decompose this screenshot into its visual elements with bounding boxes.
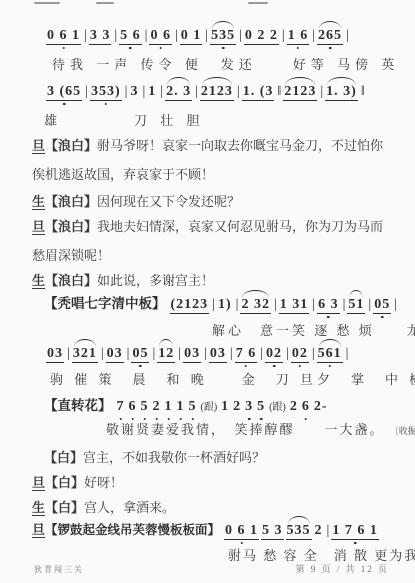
note-group: 1) [217,296,233,313]
dialogue-text: 宫人，拿酒来。 [84,500,175,515]
note-group: 561 [317,345,343,363]
note-group: 5 [256,398,266,415]
note-group: 1 7 6 1 [331,522,379,540]
note-group: 5 [140,398,150,415]
dialogue-sheng-langbai-2: 生【浪白】如此说，多谢宫主！ [32,266,390,295]
note-group: 265 [317,27,343,45]
note-group: 03 [209,345,227,363]
note-group: 1 31 [279,296,310,314]
note-group: 1. (3 [242,83,275,101]
barline: | [127,345,131,362]
lyrics-text: 敬谢贤妻爱我情， 笑捧醇醪 一大盏。 [106,422,385,437]
role-label: 生 [32,500,45,516]
section-manban-banmian: 旦【锣鼓起金线吊芙蓉慢板板面】 0 6 15 35352|1 7 6 1 [32,519,381,540]
page-crop-artifact [34,2,60,4]
barline: | [236,296,240,313]
barline: | [237,83,241,100]
barline: | [274,296,278,313]
section-zhizhuanhua: 【直转花】 7652115(跟)1235(跟)262- [44,394,331,416]
role-label: 生 [32,194,45,210]
barline: | [152,345,156,362]
note-group: 51 [347,296,365,314]
note-group: 02 [291,345,309,363]
note-group: 5 6 [119,27,142,45]
notation-line-1: 0 6 1|3 3|5 6|0 6|0 1|535|0 2 2|1 6|265| [46,27,351,45]
barline: | [312,345,316,362]
barline: | [343,296,347,313]
note-group: 3 (65 [46,83,82,101]
note-group: 3 [129,83,139,100]
note-group: 12 [157,345,175,363]
dialogue-text: 宫主，不如我敬你一杯酒好吗？ [83,450,265,465]
notation-line-2: 3 (65|353)|3|1|2. 3|2123|1. (3‖2123|1. 3… [46,83,367,101]
note-group: 5 [188,398,198,415]
stage-note: 〔收掘〕 [390,426,415,436]
barline: | [142,83,146,100]
barline: | [327,522,331,539]
note-group: 6 [301,398,311,415]
note-group: 7 [116,398,126,415]
barline: | [312,27,316,44]
delivery-tag: 【浪白】 [45,273,97,288]
barline: | [205,27,209,44]
barline: | [175,27,179,44]
delivery-tag: 【白】 [45,500,84,515]
barline: | [346,345,350,362]
note-group: 2 32 [240,296,271,314]
note-group: 535 [286,522,312,540]
footer-page-number: 第 9 页 / 共 12 页 [295,562,389,575]
note-group: 353) [90,83,122,101]
note-group: 1 6 [287,27,310,45]
barline: | [230,345,234,362]
note-group: 1 [147,83,157,100]
note-group: 2123 [283,83,317,101]
page-crop-artifact [96,2,114,4]
note-group: 6 [128,398,138,415]
note-group: 0 1 [180,27,203,45]
notation-line-3: (2123|1)|2 32|1 31|6 3|51|05| [170,297,400,312]
note-group: 1 [220,398,230,415]
note-group: 7 6 [235,345,258,363]
barline: | [84,27,88,44]
role-label: 旦 [32,475,45,491]
lyrics-line-5: 敬谢贤妻爱我情， 笑捧醇醪 一大盏。 〔收掘〕 [106,419,415,438]
barline: | [160,83,164,100]
barline: | [114,27,118,44]
dialogue-sheng-bai-1: 生【白】宫人，拿酒来。 [32,493,390,522]
delivery-tag: 【浪白】 [45,138,97,153]
barline: | [282,27,286,44]
note-group: 0 6 1 [224,522,259,540]
note-group: 2 [152,398,162,415]
delivery-tag: 【浪白】 [45,194,97,209]
note-group: 2 [232,398,242,415]
barline: | [195,83,199,100]
barline: | [212,296,216,313]
note-group: 535 [210,27,236,45]
role-label: 旦 [32,138,45,154]
lyrics-line-2: 雄 刀 壮 胆 [44,110,205,129]
delivery-tag: 【白】 [45,475,84,490]
dialogue-text: 因何现在又下令发还呢？ [97,194,240,209]
section-tag: 【秃唱七字清中板】 [44,296,166,311]
dialogue-dan-langbai-1: 旦【浪白】驸马爷呀！哀家一向取去你嘅宝马金刀，不过怕你俟机逃返故国，弃哀家于不顾… [32,131,390,189]
barline: | [394,296,398,313]
note-group: 2 [314,522,324,539]
note-group: 3 3 [89,27,112,45]
dialogue-text: 好呀！ [84,475,123,490]
barline: | [101,345,105,362]
note-group: (跟) [200,399,219,416]
barline: | [204,345,208,362]
role-label: 旦 [32,522,45,538]
note-group: 2123 [200,83,234,101]
lyrics-line-4: 驹 催 策 晨 和 晚 金 刀 旦夕 掌 中 横 [50,369,415,388]
footer-opera-title: 狄青闯三关 [34,564,84,575]
delivery-tag: 【浪白】 [45,219,97,234]
note-group: (跟) [268,399,287,416]
barline: | [125,83,129,100]
dialogue-dan-langbai-2: 旦【浪白】我地夫妇情深，哀家又何忍见驸马，你为刀为马而愁眉深锁呢！ [32,212,390,270]
barline: | [286,345,290,362]
note-group: 1 [164,398,174,415]
note-group: 2- [313,398,329,415]
note-group: 05 [131,345,149,363]
note-group: 321 [72,345,98,363]
note-group: 1 [176,398,186,415]
note-group: 2 [289,398,299,415]
role-label: 旦 [32,219,45,235]
note-group: 0 2 2 [244,27,279,45]
barline: | [346,27,350,44]
note-group: 0 6 1 [46,27,81,45]
note-group: 03 [106,345,124,363]
note-group: 6 3 [317,296,340,314]
notation-line-6: 0 6 15 35352|1 7 6 1 [224,523,381,538]
barline: | [320,83,324,100]
barline: ‖ [361,83,366,100]
note-group: 02 [265,345,283,363]
barline: ‖ [277,83,282,100]
note-group: 3 [244,398,254,415]
note-group: 2. 3 [165,83,192,101]
score-page: 0 6 1|3 3|5 6|0 6|0 1|535|0 2 2|1 6|265|… [0,0,415,583]
note-group: 0 6 [149,27,172,45]
section-tag: 【直转花】 [44,398,112,413]
barline: | [368,296,372,313]
barline: | [67,345,71,362]
lyrics-line-1: 待我 一声 传令 便 发还 好等 马傍 英 [52,54,399,73]
note-group: 5 3 [261,522,284,540]
notation-line-5: 7652115(跟)1235(跟)262- [116,399,331,414]
barline: | [239,27,243,44]
page-crop-artifact [248,2,268,4]
lyrics-line-3: 解心 意一笑 逐 愁 烦 龙 [212,320,415,339]
barline: | [260,345,264,362]
barline: | [145,27,149,44]
dialogue-text: 如此说，多谢宫主！ [97,273,214,288]
barline: | [312,296,316,313]
note-group: (2123 [170,296,210,314]
delivery-tag: 【白】 [44,450,83,465]
note-group: 03 [183,345,201,363]
note-group: 1. 3) [325,83,358,101]
section-qizi-qingzhongban: 【秃唱七字清中板】 (2123|1)|2 32|1 31|6 3|51|05| [44,292,399,314]
note-group: 05 [373,296,391,314]
notation-line-4: 03|321|03|05|12|03|03|7 6|02|02|561| [46,345,350,363]
barline: | [178,345,182,362]
section-tag: 【锣鼓起金线吊芙蓉慢板板面】 [45,523,220,537]
role-label: 生 [32,273,45,289]
note-group: 03 [46,345,64,363]
barline: | [85,83,89,100]
